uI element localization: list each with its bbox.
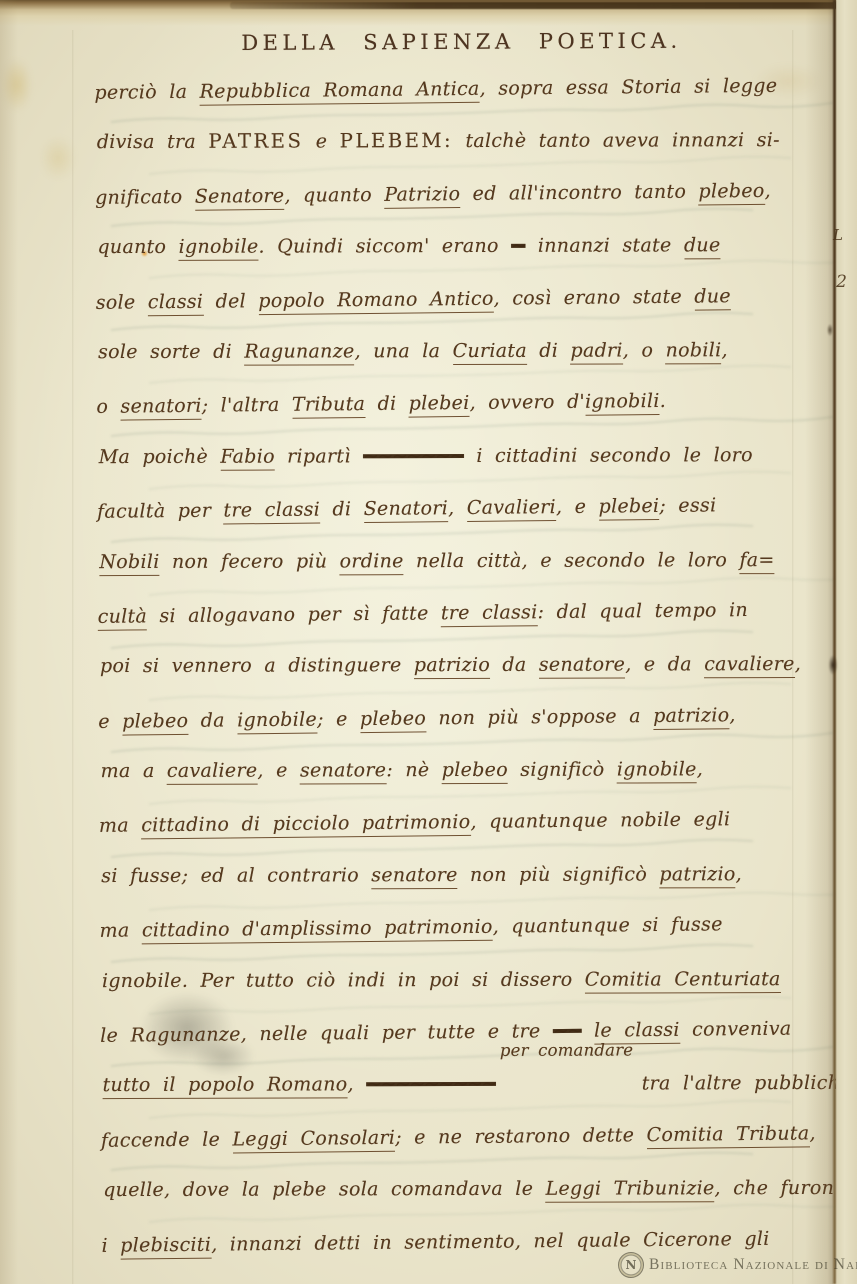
library-watermark: N Biblioteca Nazionale di Napoli: [618, 1250, 857, 1280]
manuscript-line: poi si vennero a distinguere patrizio da…: [100, 639, 832, 694]
page-left-edge: [0, 0, 18, 1284]
text-run: i: [101, 1234, 120, 1256]
manuscript-line: perciò la Repubblica Romana Antica, sopr…: [94, 60, 827, 120]
underlined-text: Cavalieri: [467, 496, 556, 521]
underlined-text: Tributa: [292, 393, 366, 418]
text-run: le Ragunanze, nelle quali per tutte e tr…: [100, 1020, 553, 1047]
manuscript-line: faccende le Leggi Consolari; e ne restar…: [101, 1108, 834, 1168]
text-run: , quantunque si fusse: [493, 914, 723, 938]
text-run: ripartì: [275, 445, 363, 467]
text-run: ; e ne restarono dette: [395, 1124, 647, 1149]
underlined-text: nobili: [666, 339, 722, 364]
underlined-text: cavaliere: [167, 760, 258, 785]
underlined-text: senatore: [371, 864, 457, 889]
text-run: nella città, e secondo le loro: [404, 549, 740, 572]
underlined-text: tre classi: [223, 499, 320, 525]
underlined-text: ignobile: [617, 758, 697, 783]
text-run: ,: [448, 497, 467, 519]
text-run: , quantunque nobile egli: [470, 809, 730, 834]
text-run: .: [660, 390, 667, 412]
text-run: ,: [347, 1074, 366, 1096]
text-run: PLEBEM:: [340, 129, 454, 152]
margin-mark: L: [833, 226, 843, 244]
underlined-text: plebeo: [122, 710, 188, 735]
text-run: sole: [96, 291, 148, 314]
manuscript-line: tutto il popolo Romano, ~~~~~~~~~per com…: [102, 1058, 834, 1113]
underlined-text: ignobile: [179, 236, 259, 261]
text-run: PATRES: [208, 130, 303, 153]
underlined-text: cultà: [98, 605, 148, 630]
underlined-text: due: [684, 234, 721, 259]
underlined-text: plebeo: [442, 759, 508, 784]
underlined-text: fa=: [739, 549, 774, 574]
underlined-text: Ragunanze: [244, 340, 354, 365]
text-run: gnificato: [95, 186, 195, 209]
underlined-text: plebei: [598, 495, 659, 520]
underlined-text: Senatori: [364, 497, 449, 522]
watermark-text: Biblioteca Nazionale di Napoli: [649, 1256, 857, 1274]
manuscript-line: gnificato Senatore, quanto Patrizio ed a…: [95, 165, 828, 225]
manuscript-line: ma a cavaliere, e senatore: nè plebeo si…: [101, 744, 833, 799]
manuscript-line: ma cittadino di picciolo patrimonio, qua…: [99, 794, 832, 854]
underlined-text: Nobili: [99, 550, 159, 575]
manuscript-page: DELLA SAPIENZA POETICA. perciò la Repubb…: [0, 0, 857, 1284]
text-run: da: [188, 709, 237, 732]
text-run: Ma poichè: [99, 445, 221, 467]
text-run: ,: [721, 339, 727, 361]
margin-mark: 2: [836, 272, 847, 292]
underlined-text: Leggi Tribunizie: [546, 1177, 715, 1202]
text-run: ; l'altra: [202, 394, 292, 417]
manuscript-line: Nobili non fecero più ordine nella città…: [99, 534, 831, 589]
underlined-text: senatore: [539, 654, 625, 679]
text-run: : nè: [386, 759, 442, 781]
text-run: quanto: [97, 236, 178, 258]
manuscript-line: ignobile. Per tutto ciò indi in poi si d…: [102, 954, 834, 1009]
underlined-text: plebei: [409, 392, 470, 417]
underlined-text: plebisciti: [120, 1233, 211, 1258]
underlined-text: Leggi Consolari: [232, 1127, 395, 1153]
manuscript-line: quanto ignobile. Quindi siccom' erano ~ …: [97, 220, 829, 275]
text-run: ,: [765, 180, 772, 202]
text-run: o: [96, 396, 120, 418]
underlined-text: cittadino di picciolo patrimonio: [141, 811, 470, 839]
text-run: i cittadini secondo le loro: [464, 444, 753, 467]
manuscript-line: o senatori; l'altra Tributa di plebei, o…: [96, 375, 829, 435]
text-run: e: [98, 710, 122, 732]
text-run: innanzi state: [525, 235, 683, 257]
text-run: talchè tanto aveva innanzi si-: [453, 129, 780, 152]
text-run: da: [490, 654, 539, 676]
underlined-text: due: [694, 285, 731, 310]
manuscript-line: Ma poichè Fabio ripartì ~~~~~~~ i cittad…: [99, 430, 831, 485]
text-run: , e da: [625, 654, 704, 676]
book-top-edge: [0, 0, 857, 26]
text-run: ; essi: [659, 494, 716, 517]
underlined-text: Comitia Tributa: [646, 1122, 809, 1148]
text-run: divisa tra: [97, 131, 209, 153]
text-run: e: [303, 131, 339, 153]
manuscript-line: sole classi del popolo Romano Antico, co…: [96, 270, 829, 330]
text-run: perciò la: [94, 81, 199, 104]
text-run: , così erano state: [494, 285, 695, 309]
underlined-text: popolo Romano Antico: [258, 287, 494, 314]
page-right-edge: [797, 0, 857, 1284]
manuscript-line: sole sorte di Ragunanze, una la Curiata …: [98, 325, 830, 380]
underlined-text: padri: [570, 339, 622, 364]
text-run: ,: [697, 758, 703, 780]
text-run: di: [527, 340, 571, 362]
manuscript-line: cultà si allogavano per sì fatte tre cla…: [97, 584, 830, 644]
text-run: ed all'incontro tanto: [460, 180, 698, 204]
underlined-text: cavaliere: [704, 653, 795, 678]
underlined-text: Repubblica Romana Antica: [200, 78, 480, 105]
text-run: del: [203, 290, 258, 313]
underlined-text: tre classi: [441, 601, 538, 627]
text-run: . Quindi siccom' erano: [258, 235, 511, 258]
underlined-text: ordine: [340, 550, 404, 575]
text-run: ma: [99, 920, 142, 942]
underlined-text: senatore: [300, 759, 386, 784]
text-run: ma: [99, 815, 142, 837]
text-run: , e: [556, 496, 599, 518]
text-run: si allogavano per sì fatte: [147, 602, 441, 627]
underlined-text: tutto il popolo Romano: [103, 1074, 348, 1099]
underlined-text: Comitia Centuriata: [585, 968, 781, 993]
text-run: ; e: [317, 708, 360, 730]
text-run: ma a: [101, 760, 167, 782]
text-run: ignobile. Per tutto ciò indi in poi si d…: [102, 968, 585, 991]
text-run: ,: [736, 863, 742, 885]
page-edge-line: [833, 0, 836, 1284]
underlined-text: ignobile: [237, 708, 317, 733]
interlinear-insertion: per comandare: [500, 1026, 634, 1076]
text-run: , o: [623, 339, 666, 361]
text-run: , quanto: [284, 184, 384, 207]
text-run: si fusse; ed al contrario: [101, 864, 371, 887]
text-run: quelle, dove la plebe sola comandava le: [103, 1178, 545, 1201]
manuscript-line: divisa tra PATRES e PLEBEM: talchè tanto…: [97, 115, 829, 170]
text-run: non più significò: [458, 863, 660, 886]
underlined-text: Senatore: [195, 185, 285, 210]
text-run: non più s'oppose a: [426, 705, 653, 729]
underlying-page-edge: [836, 0, 857, 1284]
underlined-text: patrizio: [653, 704, 729, 729]
underlined-text: classi: [148, 290, 204, 315]
underlined-text: patrizio: [414, 654, 490, 679]
text-run: , una la: [355, 340, 453, 362]
manuscript-line: ma cittadino d'amplissimo patrimonio, qu…: [99, 898, 832, 958]
underlined-text: senatori: [120, 395, 201, 420]
manuscript-line: e plebeo da ignobile; e plebeo non più s…: [98, 689, 831, 749]
underlined-text: plebeo: [698, 180, 764, 205]
manuscript-line: si fusse; ed al contrario senatore non p…: [101, 849, 833, 904]
manuscript-line: le Ragunanze, nelle quali per tutte e tr…: [100, 1003, 833, 1063]
text-run: poi si vennero a distinguere: [100, 654, 414, 677]
text-run: di: [320, 498, 364, 520]
underlined-text: cittadino d'amplissimo patrimonio: [142, 916, 493, 944]
underlined-text: Patrizio: [384, 183, 460, 208]
underlined-text: ignobili: [585, 390, 660, 415]
manuscript-lines: perciò la Repubblica Romana Antica, sopr…: [94, 62, 833, 1271]
paper-stain: [40, 136, 76, 180]
underlined-text: patrizio: [659, 863, 735, 888]
text-run: ,: [729, 704, 736, 726]
struck-text: ~~~~~~~: [363, 445, 464, 467]
text-run: , ovvero d': [469, 391, 585, 414]
text-run: di: [365, 393, 409, 415]
text-run: , e: [257, 760, 300, 782]
underlined-text: Curiata: [453, 340, 527, 365]
text-run: non fecero più: [160, 550, 340, 573]
bnn-logo-icon: N: [618, 1252, 644, 1278]
page-title: DELLA SAPIENZA POETICA.: [0, 28, 857, 56]
struck-text: ~~~~~~~~~per comandare: [366, 1073, 629, 1096]
text-run: faccende le: [101, 1128, 233, 1151]
text-run: conveniva: [680, 1018, 792, 1041]
text-run: : dal qual tempo in: [537, 599, 748, 623]
text-run: sole sorte di: [98, 341, 244, 363]
text-run: facultà per: [97, 500, 224, 523]
text-run: significò: [508, 759, 617, 781]
manuscript-line: facultà per tre classi di Senatori, Cava…: [97, 479, 830, 539]
struck-text: ~: [511, 235, 525, 257]
manuscript-line: quelle, dove la plebe sola comandava le …: [103, 1163, 835, 1218]
underlined-text: plebeo: [360, 707, 426, 732]
underlined-text: Fabio: [220, 445, 274, 470]
page-edge-shadow: [805, 0, 833, 1284]
text-run: , sopra essa Storia si legge: [479, 75, 777, 100]
